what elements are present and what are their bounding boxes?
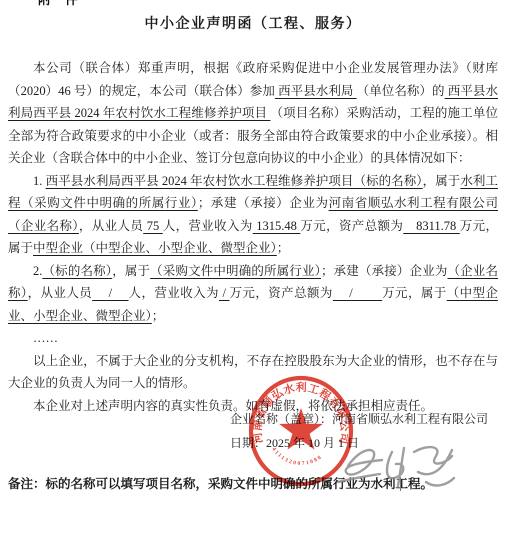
document-body: 本公司（联合体）郑重声明，根据《政府采购促进中小企业发展管理办法》（财库（202…	[8, 57, 498, 417]
static-text: 万元，属于	[382, 286, 447, 300]
filled-blank: 75	[143, 219, 162, 233]
note-label: 备注：	[8, 477, 46, 491]
filled-blank: （标的名称）	[42, 264, 112, 278]
filled-blank: 西平县水利局西平县 2024 年农村饮水工程维修养护项目（标的名称）	[46, 174, 423, 188]
opening-paragraph: 本公司（联合体）郑重声明，根据《政府采购促进中小企业发展管理办法》（财库（202…	[8, 57, 498, 170]
item-1-paragraph: 1. 西平县水利局西平县 2024 年农村饮水工程维修养护项目（标的名称），属于…	[8, 170, 498, 260]
filled-blank: /	[333, 286, 382, 300]
filled-blank: 中型企业（中型企业、小型企业、微型企业）	[33, 241, 277, 255]
static-text: ，属于	[112, 264, 150, 278]
static-text: 人，营业收入为	[129, 286, 219, 300]
static-text: ；承建（承接）企业为	[321, 264, 448, 278]
seal-star	[279, 408, 323, 450]
handwritten-signature	[330, 438, 460, 504]
seal-code-node: 4111320071088	[270, 447, 322, 467]
declaration-document: 附件 中小企业声明函（工程、服务） 本公司（联合体）郑重声明，根据《政府采购促进…	[0, 0, 506, 550]
document-title: 中小企业声明函（工程、服务）	[0, 13, 506, 33]
clipped-header-fragment: 附件	[38, 0, 92, 8]
static-text: ，属于	[423, 174, 461, 188]
static-text: ，从业人员	[79, 219, 143, 233]
static-text: ，从业人员	[28, 286, 93, 300]
static-text: ；承建（承接）企业为	[198, 196, 329, 210]
static-text: ……	[33, 331, 58, 345]
filled-blank: 西平县水利局	[275, 84, 357, 98]
static-text: 1.	[33, 174, 46, 188]
static-text: 万元，资产总额为	[230, 286, 333, 300]
filled-blank: /	[219, 286, 230, 300]
item-2-paragraph: 2.（标的名称），属于（采购文件中明确的所属行业）；承建（承接）企业为（企业名称…	[8, 260, 498, 328]
filled-blank: /	[92, 286, 128, 300]
static-text: ；	[277, 241, 290, 255]
seal-code: 4111320071088	[270, 447, 322, 467]
static-text: ；	[152, 309, 165, 323]
filled-blank: （采购文件中明确的所属行业）	[150, 264, 321, 278]
static-text: 2.	[33, 264, 42, 278]
filled-blank: 1315.48	[253, 219, 301, 233]
filled-blank: 8311.78	[403, 219, 460, 233]
static-text: 万元，资产总额为	[300, 219, 403, 233]
static-text: （单位名称）的	[357, 84, 445, 98]
static-text: 人，营业收入为	[163, 219, 253, 233]
ellipsis-line: ……	[8, 327, 498, 350]
